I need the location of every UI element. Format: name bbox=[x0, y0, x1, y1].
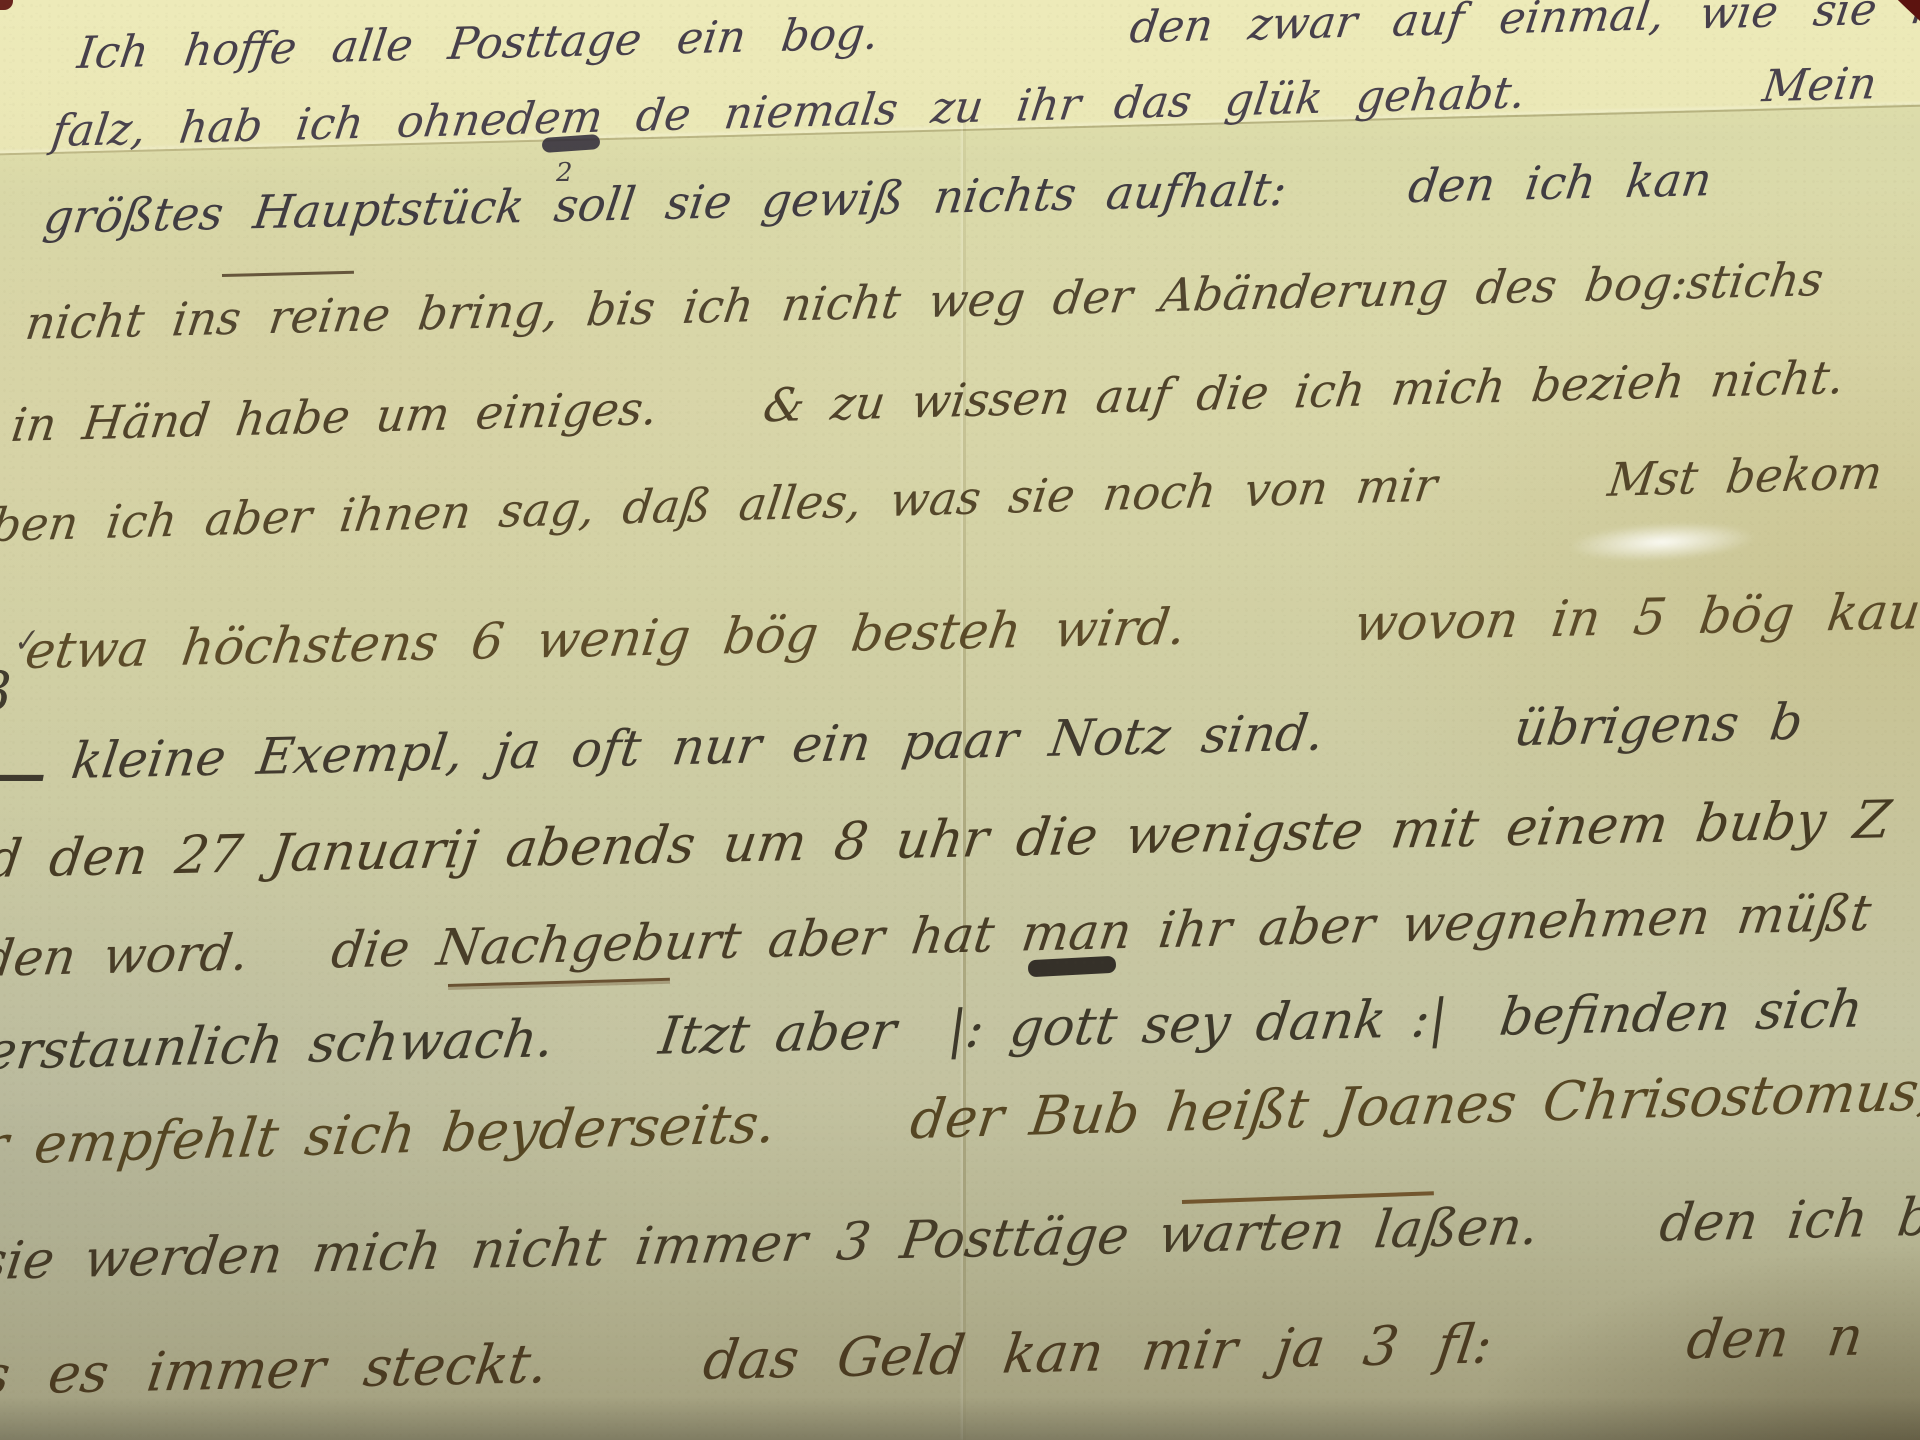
margin-dash-mark: — bbox=[0, 744, 46, 805]
underline-hauptstueck bbox=[222, 271, 354, 277]
handwritten-line-13: sie werden mich nicht immer 3 Posttäge w… bbox=[0, 1184, 1920, 1292]
handwritten-line-5: in Händ habe um einiges. & zu wissen auf… bbox=[8, 350, 1847, 452]
handwritten-line-12: r empfehlt sich beyderseits. der Bub hei… bbox=[0, 1059, 1920, 1177]
handwritten-line-10: den word. die Nachgeburt aber hat man ih… bbox=[0, 884, 1875, 988]
handwritten-line-3: größtes Hauptstück soll sie gewiß nichts… bbox=[40, 152, 1715, 244]
handwritten-line-11: erstaunlich schwach. Itzt aber |: gott s… bbox=[0, 979, 1867, 1082]
manuscript-photo: Ich hoffe alle Posttage ein bog. den zwa… bbox=[0, 0, 1920, 1440]
handwritten-line-9: d den 27 Januarij abends um 8 uhr die we… bbox=[0, 790, 1894, 890]
strikethrough-word-aber bbox=[1028, 956, 1117, 978]
backing-corner-top-left bbox=[0, 0, 13, 10]
superscript-mark: 2 bbox=[556, 158, 573, 188]
strikethrough-word-de bbox=[542, 134, 601, 153]
handwritten-line-4: nicht ins reine bring, bis ich nicht weg… bbox=[22, 252, 1826, 350]
underline-nachgeburt bbox=[448, 978, 670, 987]
handwritten-line-8: kleine Exempl, ja oft nur ein paar Notz … bbox=[68, 693, 1806, 790]
edge-fragment-mark: 3 bbox=[0, 660, 12, 723]
letter-photograph-page: { "letter": { "script": "18th-century Ge… bbox=[0, 0, 1920, 1440]
camera-glare-highlight bbox=[1541, 512, 1783, 572]
handwritten-line-14: s es immer steckt. das Geld kan mir ja 3… bbox=[0, 1305, 1867, 1408]
handwritten-line-7: etwa höchstens 6 wenig bög besteh wird. … bbox=[22, 581, 1920, 680]
